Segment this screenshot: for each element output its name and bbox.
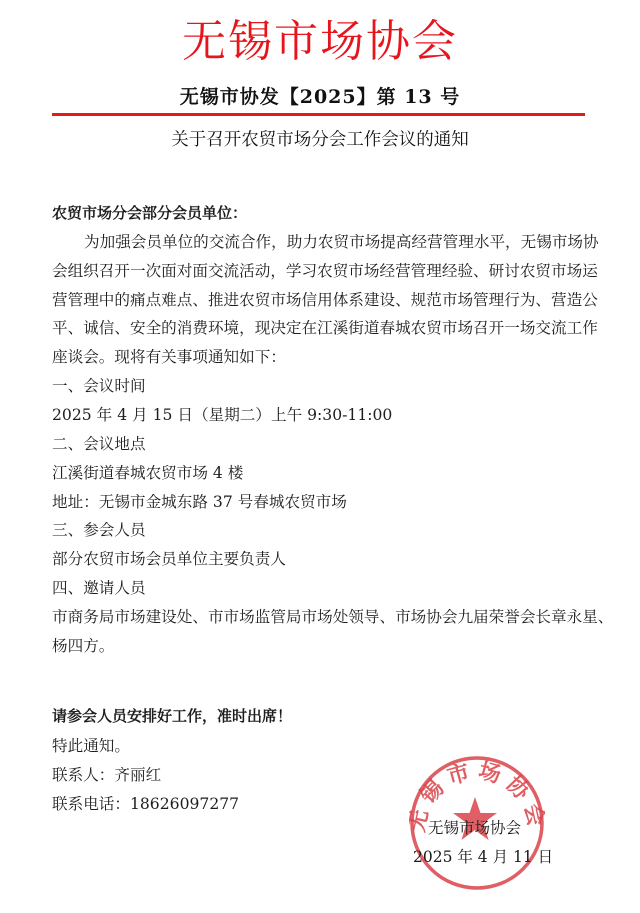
- section-heading: 二、会议地点: [52, 433, 146, 455]
- invitees-line: 杨四方。: [52, 635, 114, 657]
- contact-person: 联系人：齐丽红: [52, 764, 161, 786]
- section-heading: 一、会议时间: [52, 375, 146, 397]
- signature-org: 无锡市场协会: [428, 817, 521, 839]
- notice-closing: 特此通知。: [52, 735, 130, 757]
- notice-subject: 关于召开农贸市场分会工作会议的通知: [0, 128, 640, 152]
- meeting-time: 2025 年 4 月 15 日（星期二）上午 9:30-11:00: [52, 404, 392, 426]
- invitees-line: 市商务局市场建设处、市市场监管局市场处领导、市场协会九届荣誉会长章永星、: [52, 606, 613, 628]
- section-heading: 三、参会人员: [52, 519, 146, 541]
- document-number: 无锡市协发【2025】第 13 号: [0, 84, 640, 110]
- red-header-rule: [52, 113, 585, 116]
- meeting-venue: 江溪街道春城农贸市场 4 楼: [52, 462, 243, 484]
- attendees: 部分农贸市场会员单位主要负责人: [52, 548, 286, 570]
- contact-phone: 联系电话：18626097277: [52, 793, 239, 815]
- meeting-address: 地址：无锡市金城东路 37 号春城农贸市场: [52, 491, 347, 513]
- intro-line: 为加强会员单位的交流合作，助力农贸市场提高经营管理水平，无锡市场协: [84, 231, 599, 253]
- attendance-reminder: 请参会人员安排好工作，准时出席！: [52, 705, 292, 727]
- section-heading: 四、邀请人员: [52, 577, 146, 599]
- salutation: 农贸市场分会部分会员单位：: [52, 202, 247, 224]
- intro-line: 平、诚信、安全的消费环境，现决定在江溪街道春城农贸市场召开一场交流工作: [52, 317, 598, 339]
- intro-line: 营管理中的痛点难点、推进农贸市场信用体系建设、规范市场管理行为、营造公: [52, 289, 598, 311]
- intro-line: 会组织召开一次面对面交流活动，学习农贸市场经营管理经验、研讨农贸市场运: [52, 260, 598, 282]
- intro-line: 座谈会。现将有关事项通知如下：: [52, 346, 286, 368]
- org-title: 无锡市场协会: [0, 14, 640, 70]
- signature-date: 2025 年 4 月 11 日: [413, 846, 553, 868]
